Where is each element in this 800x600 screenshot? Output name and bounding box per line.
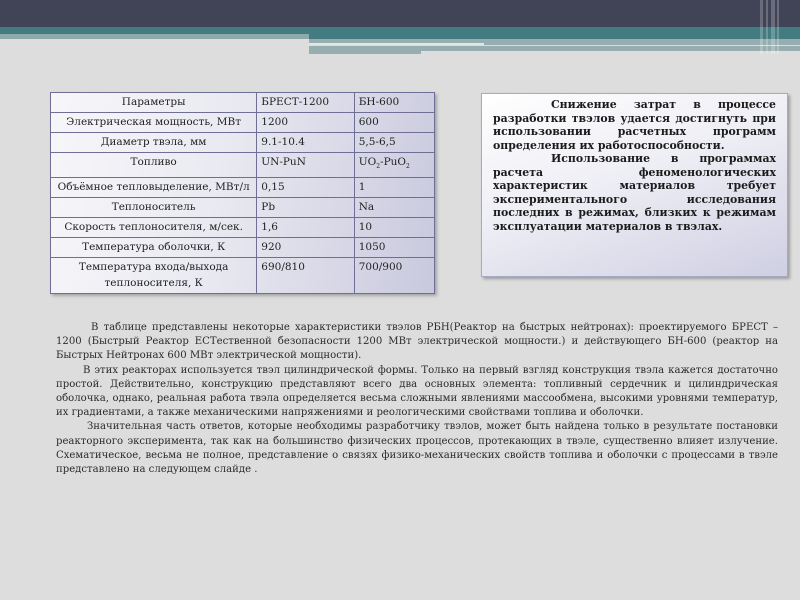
header-highlight-line — [309, 43, 484, 45]
brest-value-cell: Pb — [257, 198, 354, 218]
body-paragraph: В таблице представлены некоторые характе… — [56, 321, 778, 364]
param-cell: Диаметр твэла, мм — [51, 133, 257, 153]
brest-value-cell: 690/810 — [257, 258, 354, 294]
table-row: Электрическая мощность, МВт 1200 600 — [51, 113, 435, 133]
brest-value-cell: 920 — [257, 238, 354, 258]
header-vertical-stripes — [760, 0, 780, 54]
table-row: Температура оболочки, К 920 1050 — [51, 238, 435, 258]
table-row: Температура входа/выхода теплоносителя, … — [51, 258, 435, 294]
formula-part: -PuO — [380, 156, 406, 168]
reactor-parameters-table: Параметры БРЕСТ-1200 БН-600 Электрическа… — [50, 92, 435, 294]
table-row: Диаметр твэла, мм 9.1-10.4 5,5-6,5 — [51, 133, 435, 153]
table-row: Скорость теплоносителя, м/сек. 1,6 10 — [51, 218, 435, 238]
body-paragraph: В этих реакторах используется твэл цилин… — [56, 364, 778, 421]
header-cell-brest: БРЕСТ-1200 — [257, 93, 354, 113]
brest-value-cell: UN-PuN — [257, 153, 354, 178]
param-cell: Теплоноситель — [51, 198, 257, 218]
bn-value-cell: 5,5-6,5 — [354, 133, 434, 153]
bn-value-cell: Na — [354, 198, 434, 218]
bn-value-cell: 1050 — [354, 238, 434, 258]
table-row: Объёмное тепловыделение, МВт/л 0,15 1 — [51, 178, 435, 198]
slide-body-text: В таблице представлены некоторые характе… — [56, 321, 778, 477]
brest-value-cell: 1200 — [257, 113, 354, 133]
param-cell: Скорость теплоносителя, м/сек. — [51, 218, 257, 238]
cost-reduction-note-box: Снижение затрат в процессе разработки тв… — [481, 93, 788, 277]
table-row: Теплоноситель Pb Na — [51, 198, 435, 218]
header-dark-band — [0, 0, 800, 27]
bn-value-cell: 700/900 — [354, 258, 434, 294]
bn-value-cell: 1 — [354, 178, 434, 198]
header-cell-bn: БН-600 — [354, 93, 434, 113]
bn-value-cell: 10 — [354, 218, 434, 238]
param-cell: Температура входа/выхода теплоносителя, … — [51, 258, 257, 294]
brest-value-cell: 1,6 — [257, 218, 354, 238]
table-header-row: Параметры БРЕСТ-1200 БН-600 — [51, 93, 435, 113]
brest-value-cell: 0,15 — [257, 178, 354, 198]
brest-value-cell: 9.1-10.4 — [257, 133, 354, 153]
note-paragraph: Снижение затрат в процессе разработки тв… — [493, 98, 776, 152]
body-paragraph: Значительная часть ответов, которые необ… — [56, 420, 778, 477]
param-cell: Электрическая мощность, МВт — [51, 113, 257, 133]
formula-part: UO — [359, 156, 376, 168]
param-cell: Температура оболочки, К — [51, 238, 257, 258]
header-light-strip — [0, 34, 309, 39]
header-cell-parameters: Параметры — [51, 93, 257, 113]
formula-subscript: 2 — [406, 163, 410, 170]
bn-value-cell: 600 — [354, 113, 434, 133]
bn-value-cell: UO2-PuO2 — [354, 153, 434, 178]
header-light-strip — [421, 46, 800, 51]
table-row: Топливо UN-PuN UO2-PuO2 — [51, 153, 435, 178]
note-paragraph: Использование в программах расчета феном… — [493, 152, 776, 233]
param-cell: Топливо — [51, 153, 257, 178]
param-cell: Объёмное тепловыделение, МВт/л — [51, 178, 257, 198]
header-light-strip — [309, 46, 421, 54]
